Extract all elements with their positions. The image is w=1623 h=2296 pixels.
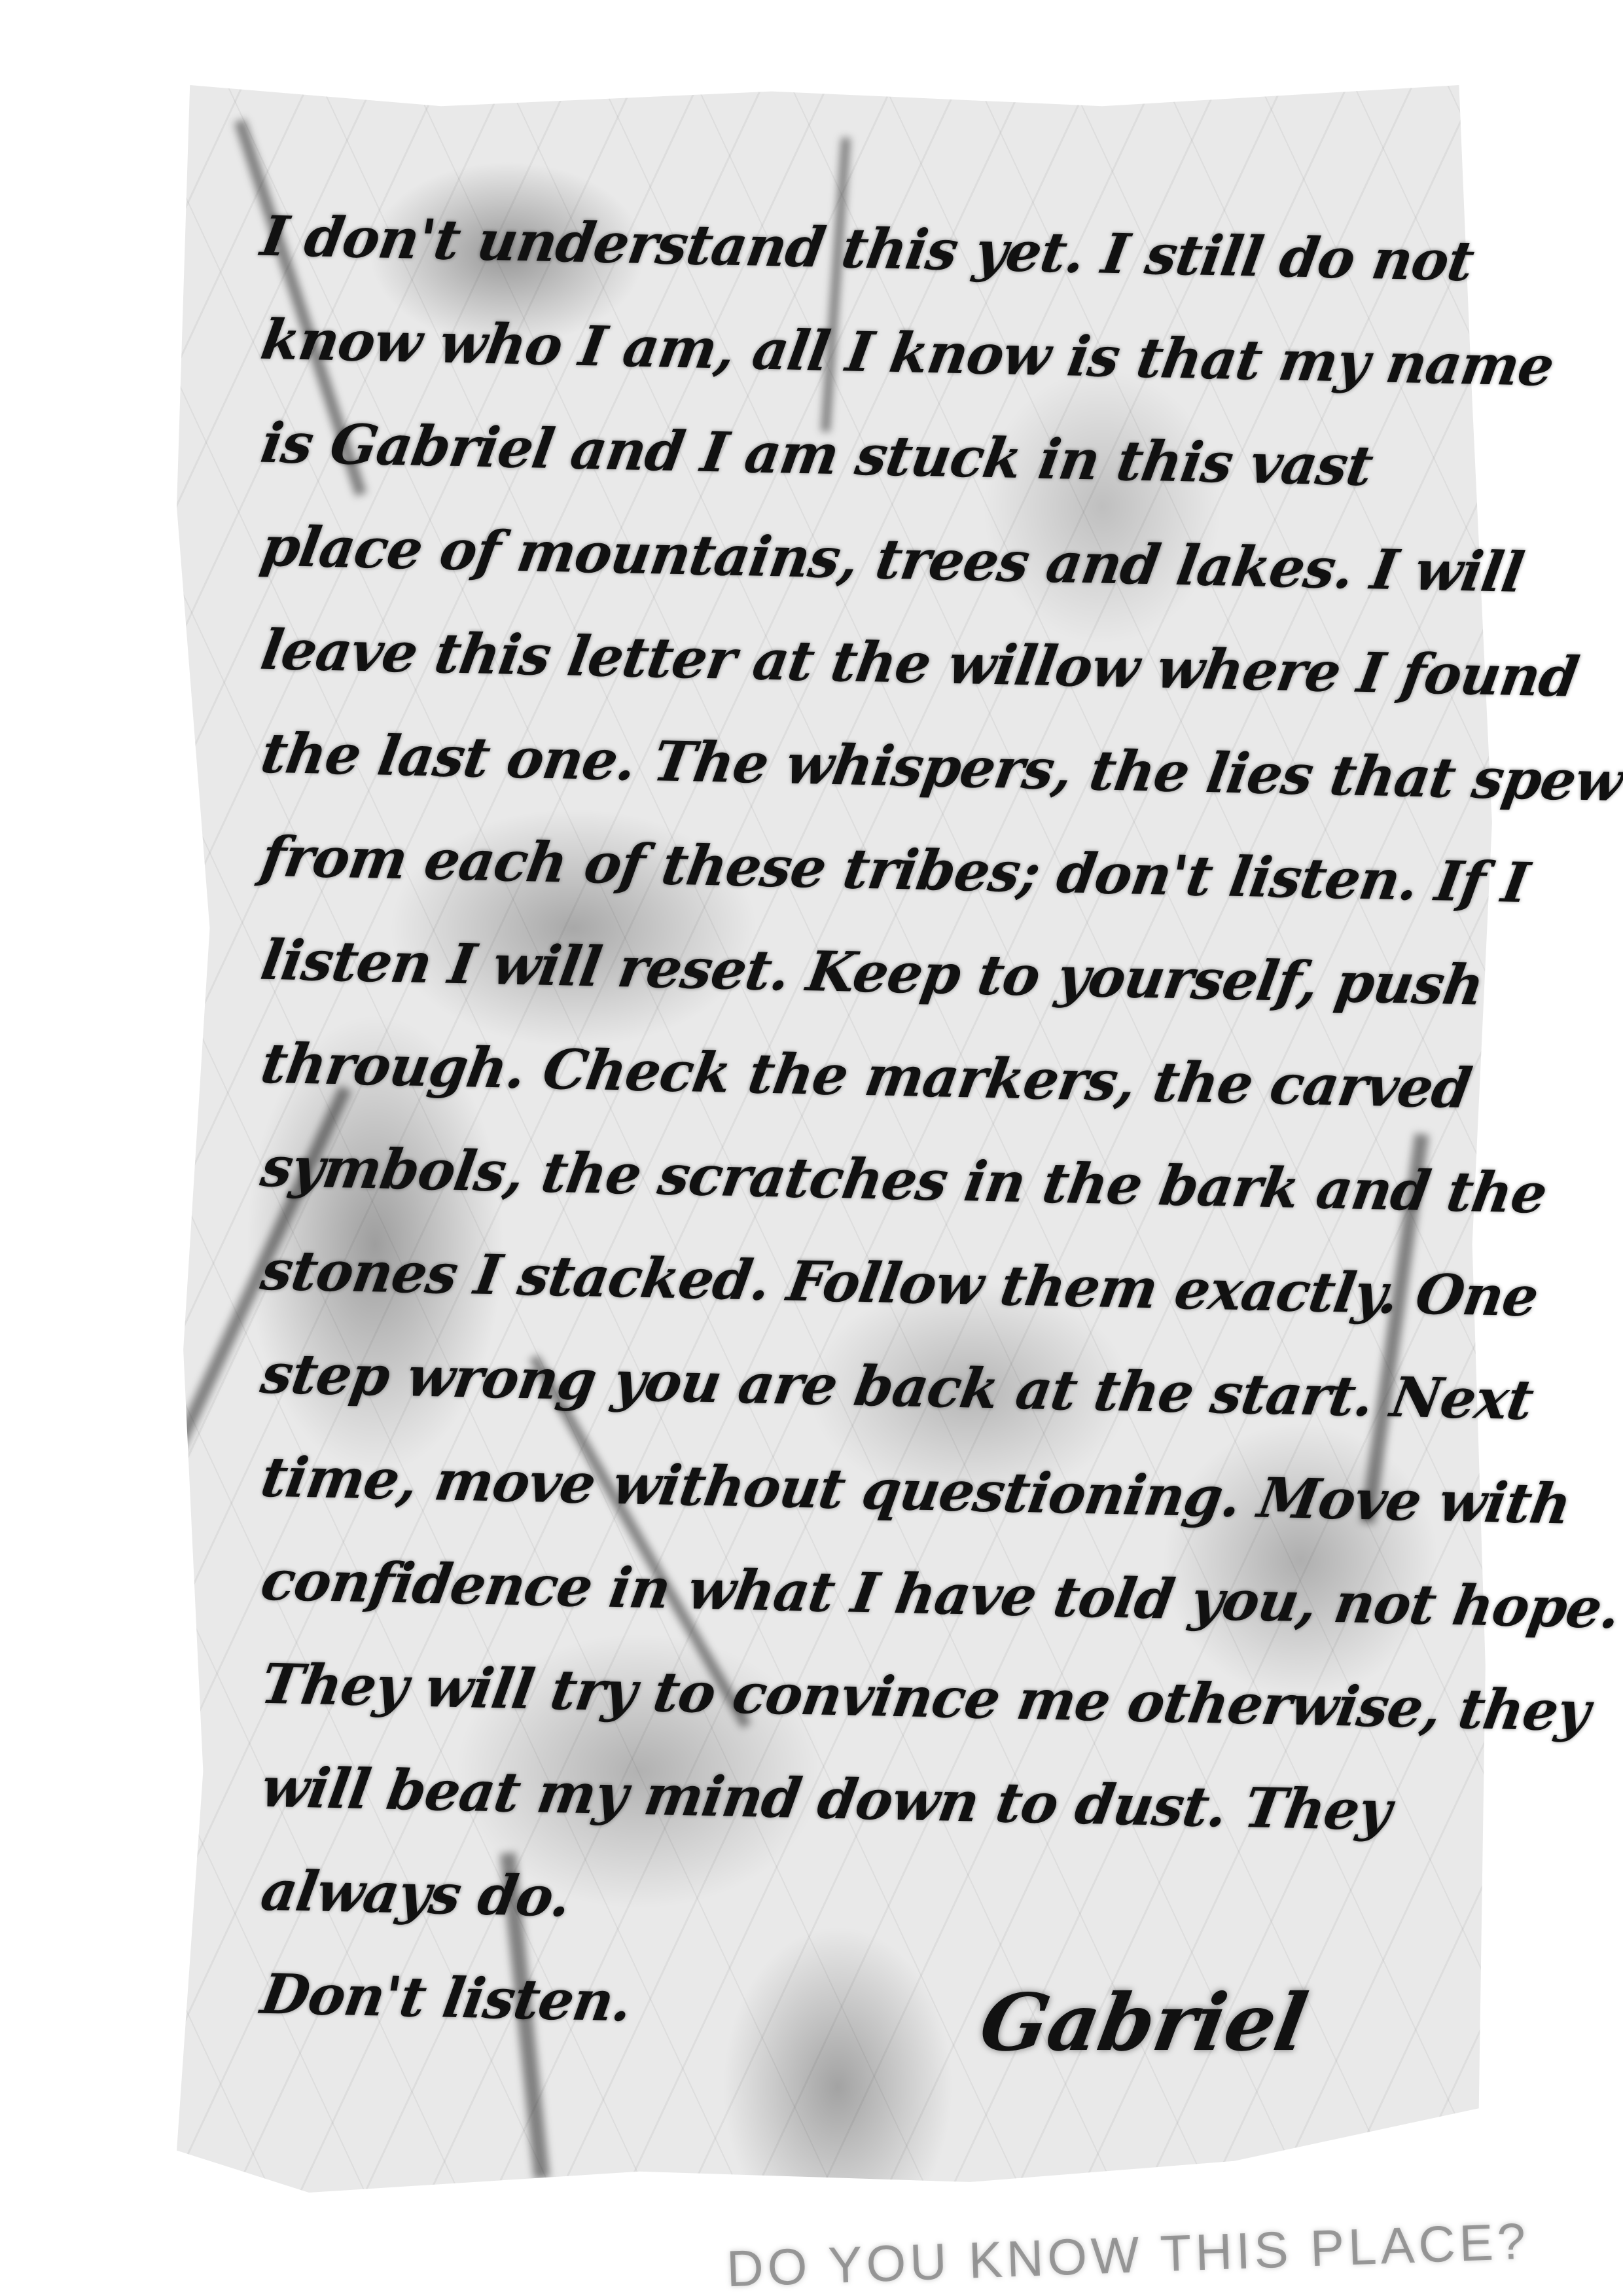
- footnote-caption: DO YOU KNOW THIS PLACE?: [726, 2212, 1531, 2296]
- page: I don't understand this yet. I still do …: [0, 0, 1623, 2296]
- letter-body: I don't understand this yet. I still do …: [262, 196, 1407, 2058]
- signature: Gabriel: [974, 1977, 1314, 2069]
